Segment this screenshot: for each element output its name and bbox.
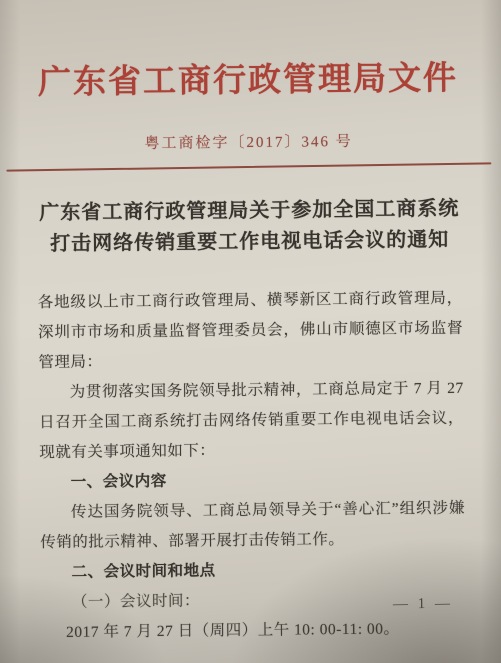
section-2-heading: 二、会议时间和地点 xyxy=(40,554,465,588)
document: 广东省工商行政管理局文件 粤工商检字〔2017〕346 号 广东省工商行政管理局… xyxy=(0,0,501,649)
section-1-paragraph: 传达国务院领导、工商总局领导关于“善心汇”组织涉嫌传销的批示精神、部署开展打击传… xyxy=(40,494,466,558)
page-number: — 1 — xyxy=(393,596,453,614)
notice-title-line2: 打击网络传销重要工作电视电话会议的通知 xyxy=(0,224,500,260)
notice-title: 广东省工商行政管理局关于参加全国工商系统 打击网络传销重要工作电视电话会议的通知 xyxy=(0,193,500,260)
doc-number: 粤工商检字〔2017〕346 号 xyxy=(0,128,499,154)
meeting-time-value: 2017 年 7 月 27 日（周四）上午 10: 00-11: 00。 xyxy=(41,614,466,648)
intro-paragraph: 为贯彻落实国务院领导批示精神，工商总局定于 7 月 27 日召开全国工商系统打击… xyxy=(39,374,465,468)
recipients-paragraph: 各地级以上市工商行政管理局、横琴新区工商行政管理局，深圳市市场和质量监督管理委员… xyxy=(38,284,464,378)
document-body: 各地级以上市工商行政管理局、横琴新区工商行政管理局，深圳市市场和质量监督管理委员… xyxy=(38,284,467,648)
agency-title: 广东省工商行政管理局文件 xyxy=(0,51,499,103)
red-divider-line xyxy=(6,162,491,171)
section-1-heading: 一、会议内容 xyxy=(40,464,465,498)
